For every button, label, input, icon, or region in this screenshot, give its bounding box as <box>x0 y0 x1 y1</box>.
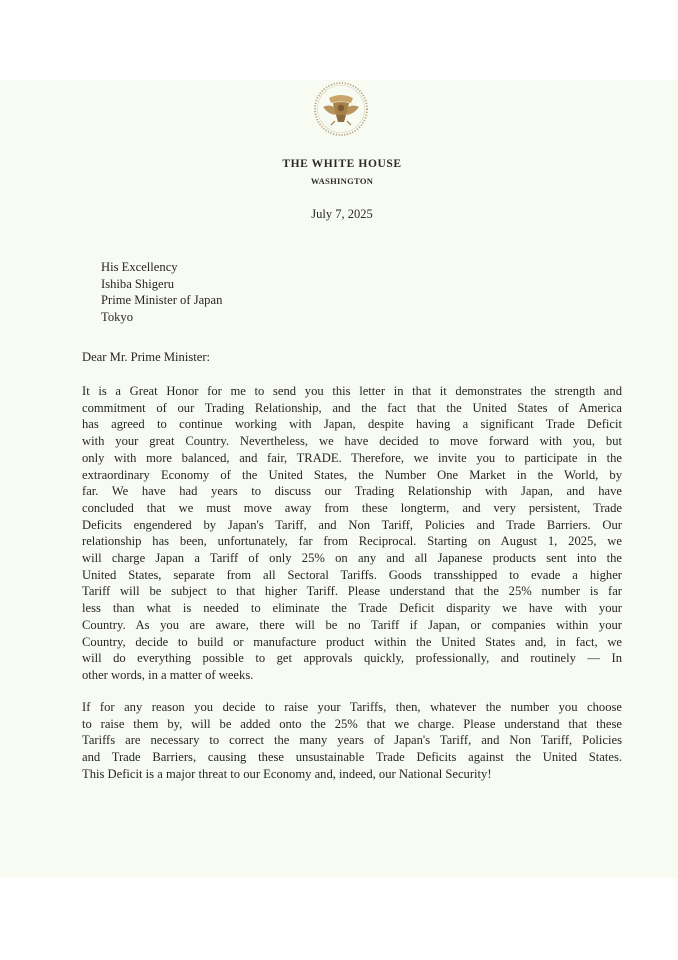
paragraph-line: has agreed to continue working with Japa… <box>82 416 622 433</box>
paragraph-line: This Deficit is a major threat to our Ec… <box>82 766 622 783</box>
salutation: Dear Mr. Prime Minister: <box>82 349 210 366</box>
paragraph-line: relationship has been, unfortunately, fa… <box>82 533 622 550</box>
paragraph-line: only with more balanced, and fair, TRADE… <box>82 450 622 467</box>
address-line: Prime Minister of Japan <box>101 292 222 309</box>
paragraph-line: other words, in a matter of weeks. <box>82 667 622 684</box>
paragraph-line: will do everything possible to get appro… <box>82 650 622 667</box>
paragraph-line: to raise them by, will be added onto the… <box>82 716 622 733</box>
paragraph-line: It is a Great Honor for me to send you t… <box>82 383 622 400</box>
letterhead-title: THE WHITE HOUSE <box>3 158 678 170</box>
paragraph-line: far. We have had years to discuss our Tr… <box>82 483 622 500</box>
paragraph-line: Tariffs are necessary to correct the man… <box>82 732 622 749</box>
body-paragraph: If for any reason you decide to raise yo… <box>82 699 622 783</box>
address-line: Tokyo <box>101 309 222 326</box>
paragraph-line: United States, separate from all Sectora… <box>82 567 622 584</box>
paragraph-line: commitment of our Trading Relationship, … <box>82 400 622 417</box>
address-line: His Excellency <box>101 259 222 276</box>
paragraph-line: concluded that we must move away from th… <box>82 500 622 517</box>
paragraph-line: will charge Japan a Tariff of only 25% o… <box>82 550 622 567</box>
paragraph-line: less than what is needed to eliminate th… <box>82 600 622 617</box>
body-paragraph: It is a Great Honor for me to send you t… <box>82 383 622 684</box>
presidential-seal-icon <box>313 81 369 137</box>
address-line: Ishiba Shigeru <box>101 276 222 293</box>
paragraph-line: extraordinary Economy of the United Stat… <box>82 467 622 484</box>
paragraph-line: and Trade Barriers, causing these unsust… <box>82 749 622 766</box>
paragraph-line: Country. As you are aware, there will be… <box>82 617 622 634</box>
paragraph-line: Tariff will be subject to that higher Ta… <box>82 583 622 600</box>
recipient-address: His Excellency Ishiba Shigeru Prime Mini… <box>101 259 222 326</box>
paragraph-line: Country, decide to build or manufacture … <box>82 634 622 651</box>
paragraph-line: with your great Country. Nevertheless, w… <box>82 433 622 450</box>
paragraph-line: Deficits engendered by Japan's Tariff, a… <box>82 517 622 534</box>
letterhead-subtitle: WASHINGTON <box>3 176 678 186</box>
paragraph-line: If for any reason you decide to raise yo… <box>82 699 622 716</box>
letter-date: July 7, 2025 <box>3 207 678 222</box>
